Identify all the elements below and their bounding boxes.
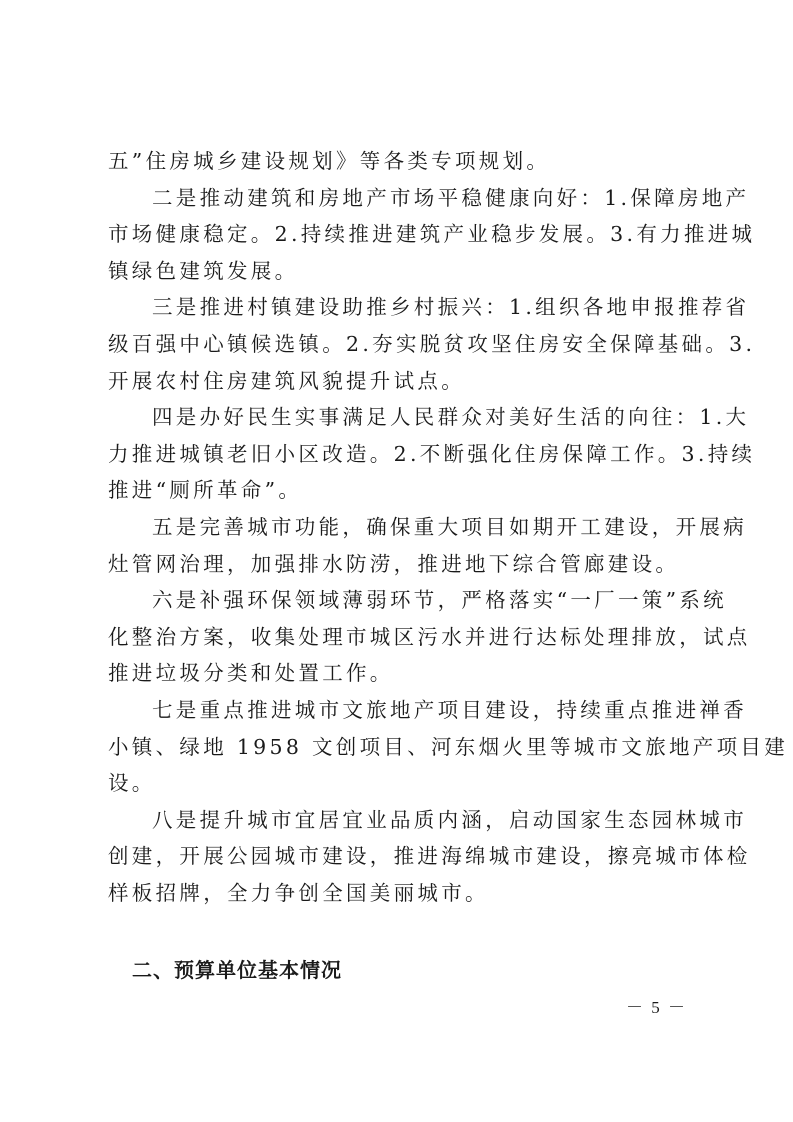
paragraph-line: 化整治方案，收集处理市城区污水并进行达标处理排放，试点 — [108, 619, 696, 656]
paragraph-line: 力推进城镇老旧小区改造。2.不断强化住房保障工作。3.持续 — [108, 436, 696, 473]
paragraph-line: 市场健康稳定。2.持续推进建筑产业稳步发展。3.有力推进城 — [108, 216, 696, 253]
section-heading: 二、预算单位基本情况 — [132, 955, 342, 985]
paragraph-line: 创建，开展公园城市建设，推进海绵城市建设，擦亮城市体检 — [108, 838, 696, 875]
paragraph-line: 三是推进村镇建设助推乡村振兴：1.组织各地申报推荐省 — [108, 289, 696, 326]
paragraph-line: 开展农村住房建筑风貌提升试点。 — [108, 363, 696, 400]
page-number: － 5 － — [626, 993, 687, 1018]
paragraph-line: 镇绿色建筑发展。 — [108, 253, 696, 290]
paragraph-line: 五”住房城乡建设规划》等各类专项规划。 — [108, 143, 696, 180]
paragraph-line: 级百强中心镇候选镇。2.夯实脱贫攻坚住房安全保障基础。3. — [108, 326, 696, 363]
paragraph-line: 四是办好民生实事满足人民群众对美好生活的向往：1.大 — [108, 399, 696, 436]
paragraph-line: 样板招牌，全力争创全国美丽城市。 — [108, 875, 696, 912]
paragraph-line: 设。 — [108, 765, 696, 802]
paragraph-line: 推进垃圾分类和处置工作。 — [108, 655, 696, 692]
paragraph-line: 五是完善城市功能，确保重大项目如期开工建设，开展病 — [108, 509, 696, 546]
paragraph-line: 小镇、绿地 1958 文创项目、河东烟火里等城市文旅地产项目建 — [108, 729, 696, 766]
paragraph-line: 推进“厕所革命”。 — [108, 472, 696, 509]
paragraph-line: 二是推动建筑和房地产市场平稳健康向好：1.保障房地产 — [108, 180, 696, 217]
body-text: 五”住房城乡建设规划》等各类专项规划。 二是推动建筑和房地产市场平稳健康向好：1… — [108, 143, 696, 911]
paragraph-line: 灶管网治理，加强排水防涝，推进地下综合管廊建设。 — [108, 546, 696, 583]
paragraph-line: 七是重点推进城市文旅地产项目建设，持续重点推进禅香 — [108, 692, 696, 729]
paragraph-line: 六是补强环保领域薄弱环节，严格落实“一厂一策”系统 — [108, 582, 696, 619]
paragraph-line: 八是提升城市宜居宜业品质内涵，启动国家生态园林城市 — [108, 802, 696, 839]
document-page: 五”住房城乡建设规划》等各类专项规划。 二是推动建筑和房地产市场平稳健康向好：1… — [0, 0, 793, 1122]
